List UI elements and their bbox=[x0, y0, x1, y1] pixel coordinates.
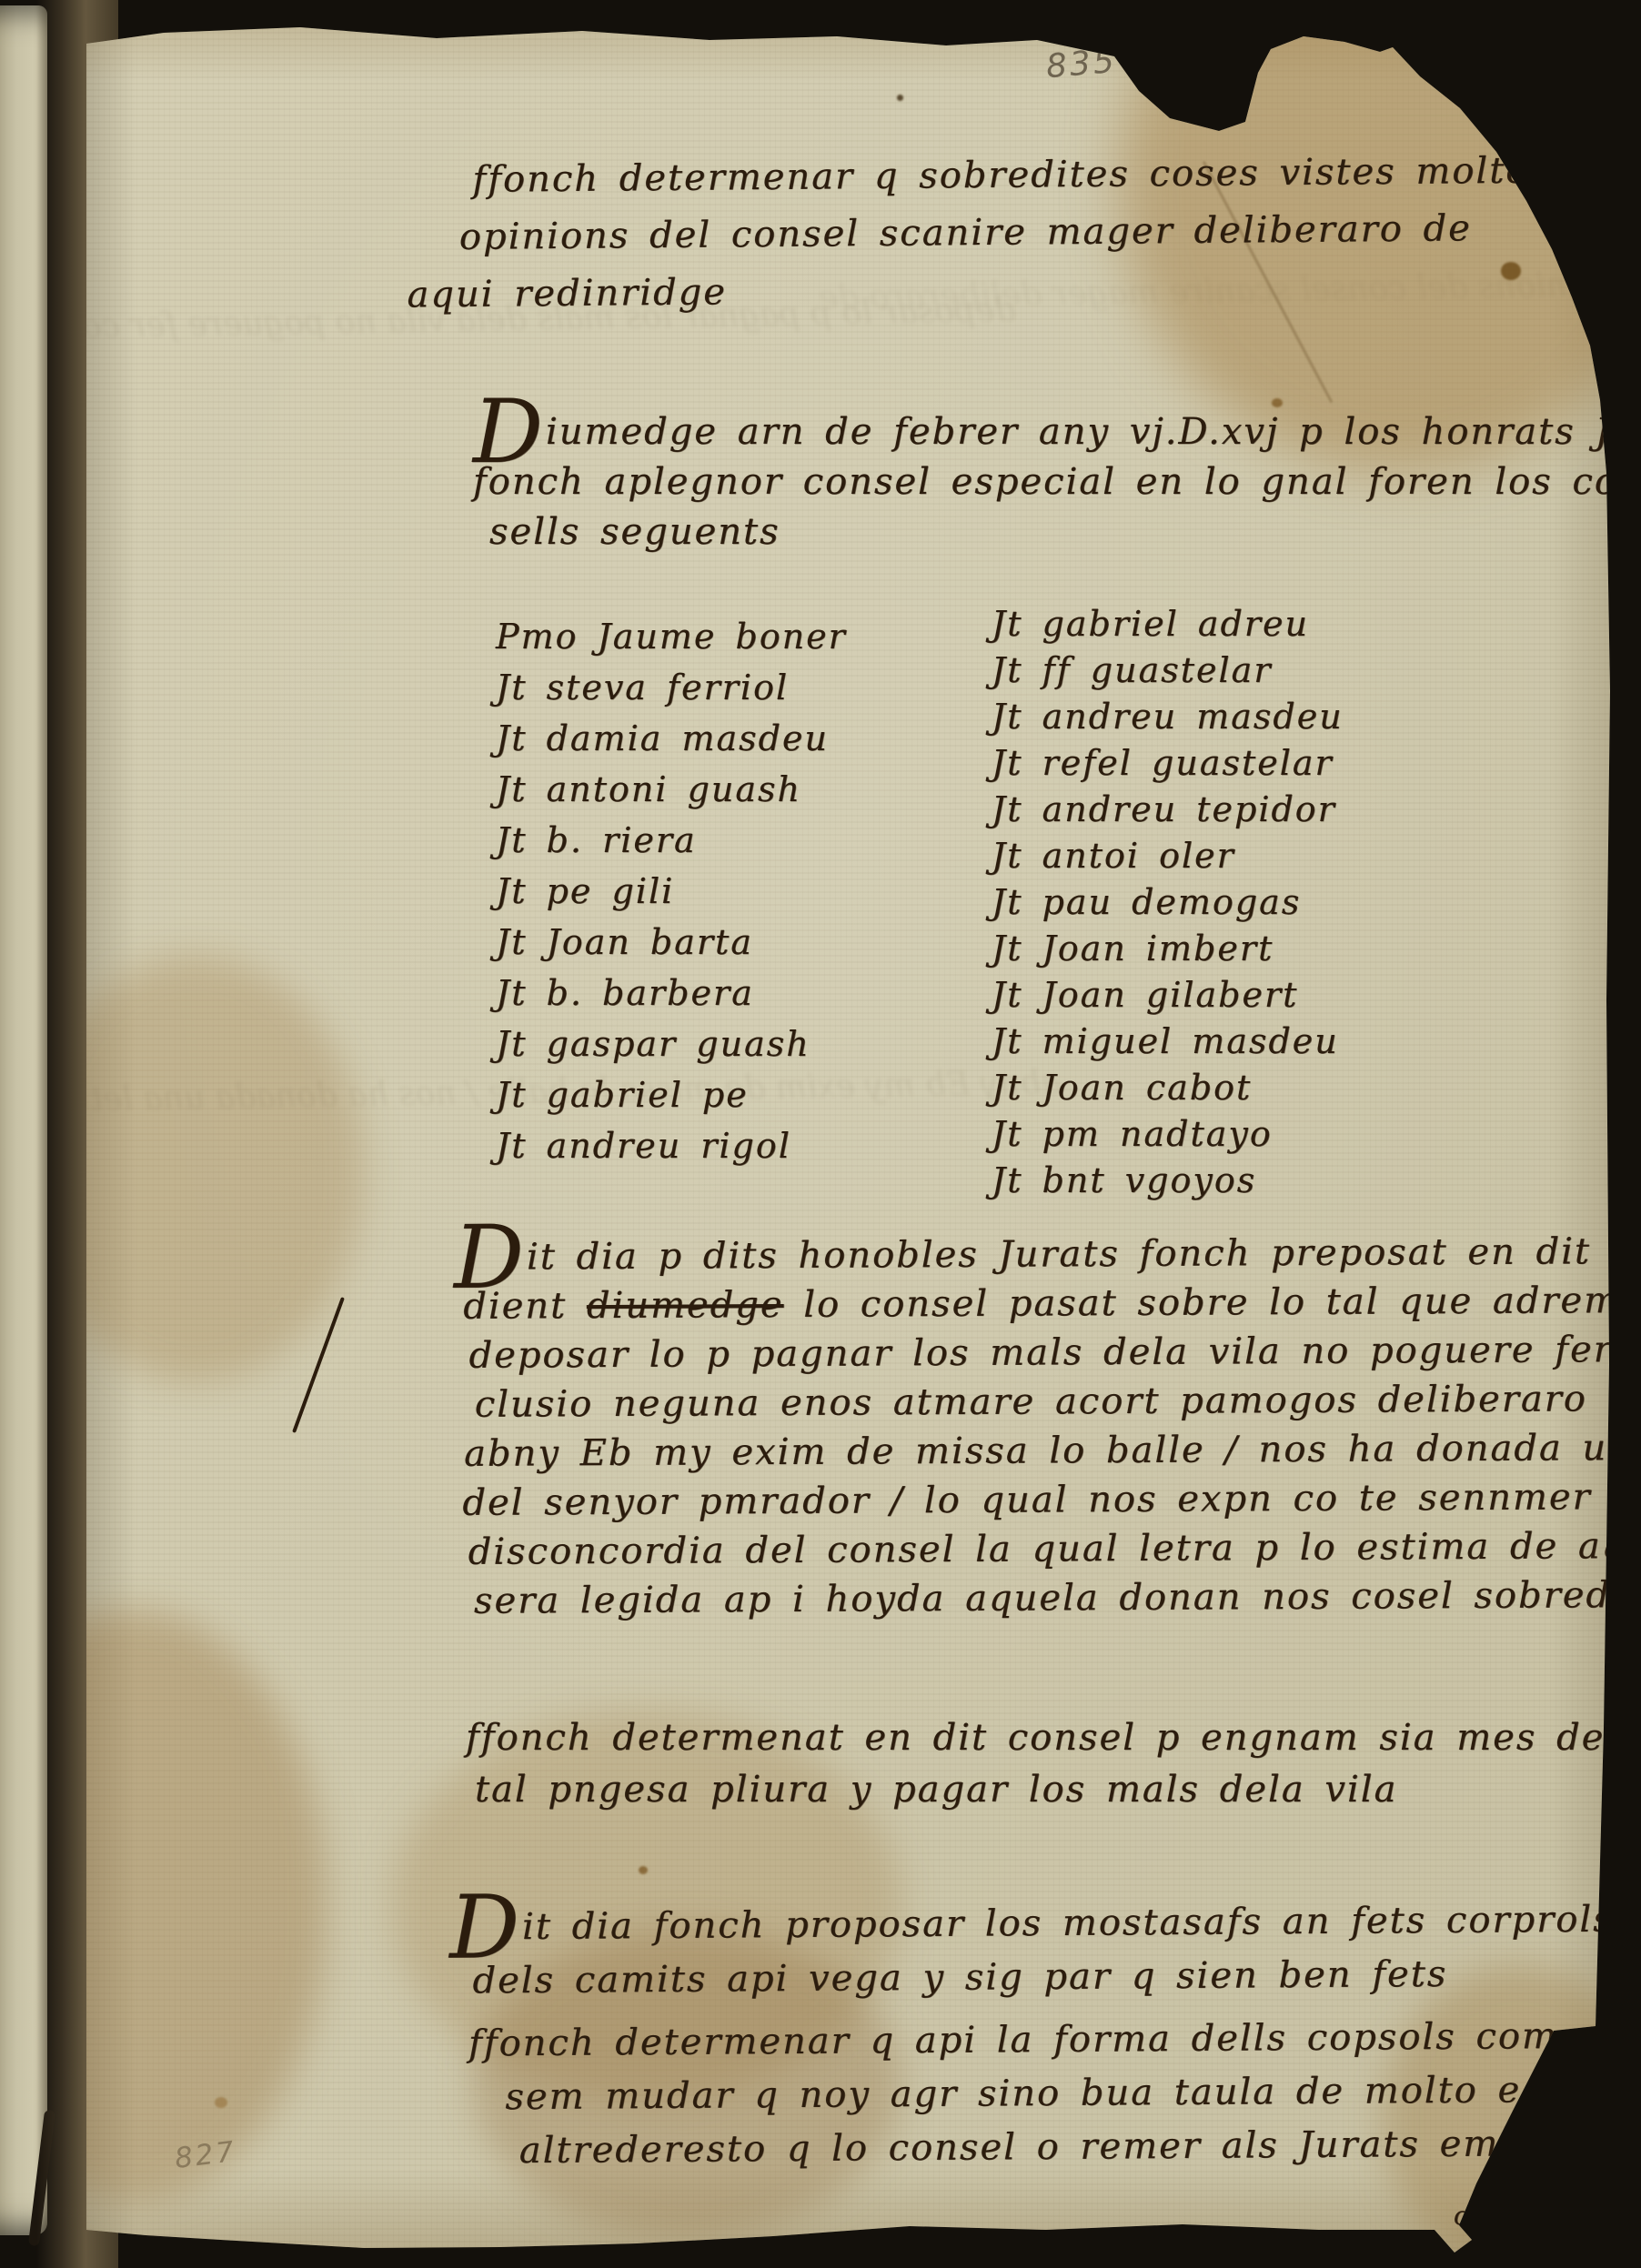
header-paragraph: ffonch determenar q sobredites coses vis… bbox=[406, 150, 1551, 332]
council-member-name: Jt b. riera bbox=[496, 820, 847, 871]
council-member-name: Jt ff guastelar bbox=[992, 650, 1344, 697]
manuscript-line: sells seguents bbox=[473, 511, 1641, 561]
manuscript-line-text: lo consel pasat sobre lo tal que adrem bbox=[783, 1280, 1620, 1326]
date-paragraph: Diumedge arn de febrer any vj.D.xvj p lo… bbox=[473, 411, 1641, 561]
council-member-name: Jt refel guastelar bbox=[992, 743, 1344, 789]
manuscript-line-text: it dia fonch proposar los mostasafs an f… bbox=[522, 1899, 1614, 1948]
ink-spot bbox=[215, 2097, 227, 2108]
manuscript-line: disconcordia del consel la qual letra p … bbox=[456, 1524, 1641, 1581]
council-names-left-column: Pmo Jaume boner Jt steva ferriol Jt dami… bbox=[496, 617, 847, 1177]
manuscript-line-text: dient bbox=[463, 1285, 587, 1328]
council-member-name: Jt gaspar guash bbox=[496, 1024, 847, 1075]
manuscript-line: sem mudar q noy agr sino bua taula de mo… bbox=[450, 2068, 1641, 2130]
manuscript-line: altrederesto q lo consel o remer als Jur… bbox=[451, 2122, 1641, 2183]
council-member-name: Jt antoi oler bbox=[992, 836, 1344, 882]
council-names-right-column: Jt gabriel adreu Jt ff guastelar Jt andr… bbox=[992, 604, 1344, 1207]
ink-spot bbox=[1272, 398, 1283, 407]
manuscript-line: opinions del consel scanire mager delibe… bbox=[407, 207, 1551, 275]
manuscript-line: abny Eb my exim de missa lo balle / nos … bbox=[455, 1426, 1641, 1482]
main-entry-paragraph: Dit dia p dits honobles Jurats fonch pre… bbox=[454, 1229, 1641, 1630]
struck-out-word: diumedge bbox=[587, 1284, 784, 1327]
manuscript-line: sera legida ap i hoyda aquela donan nos … bbox=[456, 1573, 1641, 1630]
manuscript-line: ffonch determenar q api la forma dells c… bbox=[450, 2014, 1641, 2076]
council-member-name: Jt andreu masdeu bbox=[992, 697, 1344, 743]
closing-paragraph: Dit dia fonch proposar los mostasafs an … bbox=[449, 1898, 1641, 2183]
council-member-name: Jt miguel masdeu bbox=[992, 1021, 1344, 1068]
council-member-name: Jt Joan imbert bbox=[992, 928, 1344, 975]
manuscript-line: deposar lo p pagnar los mals dela vila n… bbox=[454, 1328, 1641, 1384]
council-member-name: Jt gabriel adreu bbox=[992, 604, 1344, 650]
ink-spot bbox=[639, 1866, 648, 1874]
manuscript-line: tal pngesa pliura y pagar los mals dela … bbox=[466, 1769, 1605, 1821]
manuscript-line: fonch aplegnor consel especial en lo gna… bbox=[473, 461, 1641, 511]
council-member-name: Jt antoni guash bbox=[496, 769, 847, 820]
council-member-name: Jt pm nadtayo bbox=[992, 1114, 1344, 1160]
council-member-name: Jt steva ferriol bbox=[496, 667, 847, 718]
manuscript-line: ffonch determenat en dit consel p engnam… bbox=[466, 1717, 1605, 1769]
manuscript-line: Diumedge arn de febrer any vj.D.xvj p lo… bbox=[473, 411, 1641, 461]
council-member-name: Jt andreu tepidor bbox=[992, 789, 1344, 836]
council-member-name: Jt damia masdeu bbox=[496, 718, 847, 769]
resolution-paragraph: ffonch determenat en dit consel p engnam… bbox=[466, 1717, 1605, 1821]
manuscript-page: deposar lo p pagnar los mals dela vila n… bbox=[0, 0, 1641, 2268]
manuscript-line: Dit dia p dits honobles Jurats fonch pre… bbox=[454, 1229, 1641, 1286]
corner-pen-flourish: fo bbox=[1495, 2104, 1558, 2173]
council-member-name: Jt pe gili bbox=[496, 871, 847, 922]
council-member-name: Jt b. barbera bbox=[496, 973, 847, 1024]
manuscript-line: clusio neguna enos atmare acort pamogos … bbox=[455, 1377, 1641, 1433]
council-member-name: Pmo Jaume boner bbox=[496, 617, 847, 667]
council-member-name: Jt gabriel pe bbox=[496, 1075, 847, 1126]
council-member-name: Jt andreu rigol bbox=[496, 1126, 847, 1177]
manuscript-line-text: it dia p dits honobles Jurats fonch prep… bbox=[527, 1229, 1641, 1278]
council-member-name: Jt pau demogas bbox=[992, 882, 1344, 928]
manuscript-line: aqui redinridge bbox=[407, 265, 1551, 332]
manuscript-line: dels camits api vega y sig par q sien be… bbox=[449, 1952, 1641, 2013]
council-member-name: Jt Joan gilabert bbox=[992, 975, 1344, 1021]
council-member-name: Jt Joan barta bbox=[496, 922, 847, 973]
council-member-name: Jt Joan cabot bbox=[992, 1068, 1344, 1114]
manuscript-line: dient diumedge lo consel pasat sobre lo … bbox=[454, 1279, 1641, 1335]
corner-small-mark: o bbox=[1454, 2201, 1471, 2231]
manuscript-line-text: iumedge arn de febrer any vj.D.xvj p los… bbox=[546, 411, 1641, 453]
ink-spot bbox=[897, 95, 903, 101]
manuscript-line: ffonch determenar q sobredites coses vis… bbox=[406, 150, 1550, 217]
council-member-name: Jt bnt vgoyos bbox=[992, 1160, 1344, 1207]
manuscript-line: del senyor pmrador / lo qual nos expn co… bbox=[455, 1475, 1641, 1531]
folio-number-top: 835 bbox=[1044, 43, 1118, 86]
photo-backdrop: deposar lo p pagnar los mals dela vila n… bbox=[0, 0, 1641, 2268]
manuscript-line: Dit dia fonch proposar los mostasafs an … bbox=[449, 1898, 1641, 1960]
